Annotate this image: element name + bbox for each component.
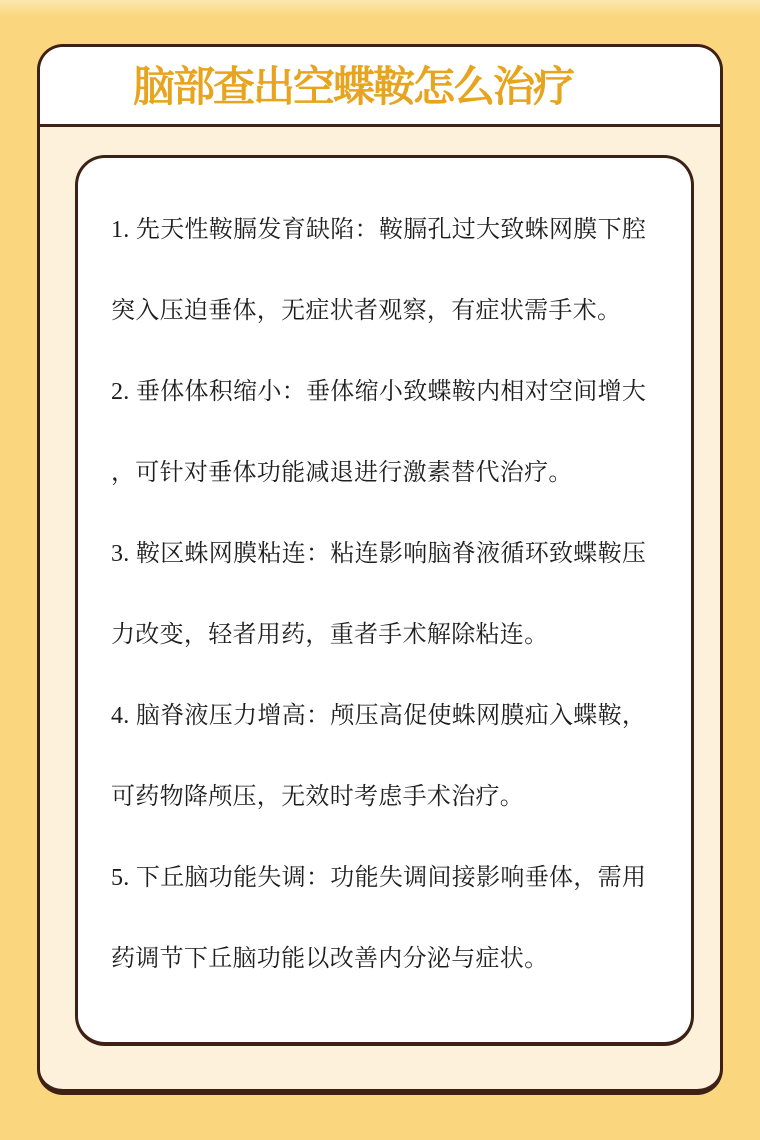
- page-title: 脑部查出空蝶鞍怎么治疗: [133, 54, 573, 114]
- item-line: 可药物降颅压，无效时考虑手术治疗。: [111, 757, 667, 838]
- list-item: 1. 先天性鞍膈发育缺陷：鞍膈孔过大致蛛网膜下腔 突入压迫垂体，无症状者观察，有…: [111, 190, 667, 352]
- list-item: 2. 垂体体积缩小：垂体缩小致蝶鞍内相对空间增大 ，可针对垂体功能减退进行激素替…: [111, 352, 667, 514]
- list-item: 4. 脑脊液压力增高：颅压高促使蛛网膜疝入蝶鞍， 可药物降颅压，无效时考虑手术治…: [111, 676, 667, 838]
- page-background: { "page_title": "脑部查出空蝶鞍怎么治疗", "list": {…: [0, 0, 760, 1140]
- treatment-list: 1. 先天性鞍膈发育缺陷：鞍膈孔过大致蛛网膜下腔 突入压迫垂体，无症状者观察，有…: [111, 190, 667, 1000]
- list-item: 5. 下丘脑功能失调：功能失调间接影响垂体，需用 药调节下丘脑功能以改善内分泌与…: [111, 838, 667, 1000]
- item-line: 1. 先天性鞍膈发育缺陷：鞍膈孔过大致蛛网膜下腔: [111, 190, 667, 271]
- card-header: 脑部查出空蝶鞍怎么治疗: [40, 47, 720, 127]
- list-item: 3. 鞍区蛛网膜粘连：粘连影响脑脊液循环致蝶鞍压 力改变，轻者用药，重者手术解除…: [111, 514, 667, 676]
- content-panel: 1. 先天性鞍膈发育缺陷：鞍膈孔过大致蛛网膜下腔 突入压迫垂体，无症状者观察，有…: [75, 155, 694, 1046]
- item-line: 药调节下丘脑功能以改善内分泌与症状。: [111, 919, 667, 1000]
- item-line: 力改变，轻者用药，重者手术解除粘连。: [111, 595, 667, 676]
- info-card: 脑部查出空蝶鞍怎么治疗 1. 先天性鞍膈发育缺陷：鞍膈孔过大致蛛网膜下腔 突入压…: [37, 44, 723, 1095]
- item-line: 5. 下丘脑功能失调：功能失调间接影响垂体，需用: [111, 838, 667, 919]
- item-line: 2. 垂体体积缩小：垂体缩小致蝶鞍内相对空间增大: [111, 352, 667, 433]
- item-line: 4. 脑脊液压力增高：颅压高促使蛛网膜疝入蝶鞍，: [111, 676, 667, 757]
- item-line: 突入压迫垂体，无症状者观察，有症状需手术。: [111, 271, 667, 352]
- item-line: 3. 鞍区蛛网膜粘连：粘连影响脑脊液循环致蝶鞍压: [111, 514, 667, 595]
- item-line: ，可针对垂体功能减退进行激素替代治疗。: [111, 433, 667, 514]
